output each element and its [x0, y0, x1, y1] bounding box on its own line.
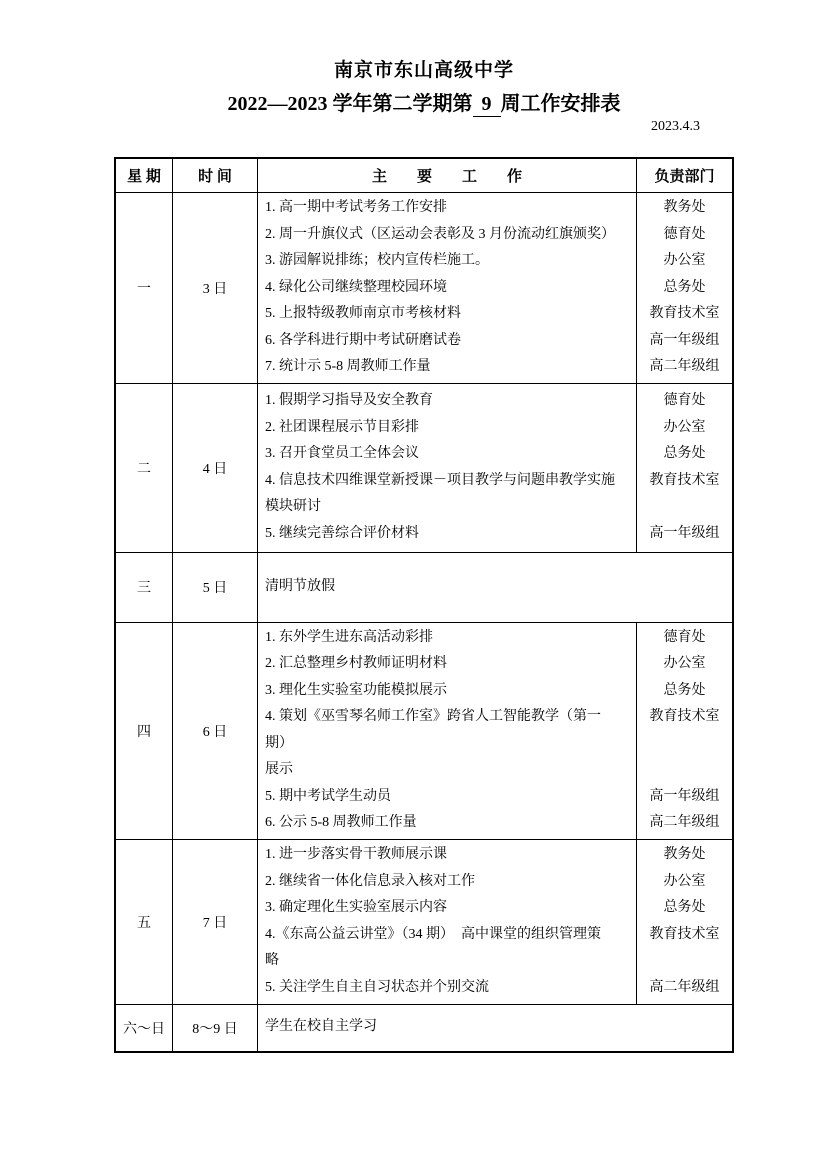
work-item-text: 清明节放假 [258, 574, 732, 601]
table-row-wednesday: 三 5 日 清明节放假 [116, 552, 732, 622]
subtitle-prefix: 2022—2023 学年第二学期第 [228, 93, 473, 115]
time-cell: 3 日 [173, 193, 258, 383]
table-row-thursday: 四 6 日 1. 东外学生进东高活动彩排 德育处 2. 汇总整理乡村教师证明材料… [116, 622, 732, 839]
work-item: 2. 汇总整理乡村教师证明材料 办公室 [258, 651, 732, 678]
work-item: 1. 假期学习指导及安全教育 德育处 [258, 388, 732, 415]
department-label: 高一年级组 [637, 784, 732, 811]
work-item-text: 3. 理化生实验室功能模拟展示 [258, 678, 637, 705]
work-item-text: 2. 社团课程展示节目彩排 [258, 415, 637, 442]
time-cell: 8～9 日 [173, 1005, 258, 1051]
header-time: 时 间 [173, 159, 258, 192]
document-subtitle: 2022—2023 学年第二学期第9周工作安排表 [114, 90, 734, 118]
work-items-cell: 1. 东外学生进东高活动彩排 德育处 2. 汇总整理乡村教师证明材料 办公室 3… [258, 623, 732, 839]
department-label: 高一年级组 [637, 521, 732, 548]
work-item-text: 4. 策划《巫雪琴名师工作室》跨省人工智能教学（第一期） 展示 [258, 704, 637, 784]
department-label: 德育处 [637, 222, 732, 249]
work-item-text: 学生在校自主学习 [258, 1014, 732, 1041]
work-item: 3. 召开食堂员工全体会议 总务处 [258, 441, 732, 468]
subtitle-suffix: 周工作安排表 [501, 93, 621, 115]
work-item-text: 4.《东高公益云讲堂》（34 期） 高中课堂的组织管理策 略 [258, 922, 637, 975]
work-item: 2. 社团课程展示节目彩排 办公室 [258, 415, 732, 442]
work-item: 4. 策划《巫雪琴名师工作室》跨省人工智能教学（第一期） 展示 教育技术室 [258, 704, 732, 784]
work-item-text: 1. 高一期中考试考务工作安排 [258, 195, 637, 222]
department-label: 高二年级组 [637, 975, 732, 1002]
department-label: 教育技术室 [637, 922, 732, 949]
department-label: 总务处 [637, 895, 732, 922]
work-item: 3. 理化生实验室功能模拟展示 总务处 [258, 678, 732, 705]
table-header-row: 星 期 时 间 主 要 工 作 负责部门 [116, 159, 732, 192]
work-item: 5. 上报特级教师南京市考核材料 教育技术室 [258, 301, 732, 328]
work-item: 3. 游园解说排练；校内宣传栏施工。 办公室 [258, 248, 732, 275]
department-label: 高二年级组 [637, 810, 732, 837]
work-item-text: 3. 游园解说排练；校内宣传栏施工。 [258, 248, 637, 275]
document-body: 南京市东山高级中学 2022—2023 学年第二学期第9周工作安排表 2023.… [114, 0, 734, 1053]
work-item: 6. 各学科进行期中考试研磨试卷 高一年级组 [258, 328, 732, 355]
table-row-monday: 一 3 日 1. 高一期中考试考务工作安排 教务处 2. 周一升旗仪式（区运动会… [116, 192, 732, 383]
work-item-text: 5. 上报特级教师南京市考核材料 [258, 301, 637, 328]
work-item-text: 6. 公示 5-8 周教师工作量 [258, 810, 637, 837]
work-item: 清明节放假 [258, 574, 732, 601]
weekday-cell: 五 [116, 840, 173, 1004]
work-item: 5. 期中考试学生动员 高一年级组 [258, 784, 732, 811]
work-item: 5. 关注学生自主自习状态并个别交流 高二年级组 [258, 975, 732, 1002]
department-label: 办公室 [637, 651, 732, 678]
work-items-cell: 清明节放假 [258, 553, 732, 622]
work-items-cell: 1. 高一期中考试考务工作安排 教务处 2. 周一升旗仪式（区运动会表彰及 3 … [258, 193, 732, 383]
table-row-weekend: 六～日 8～9 日 学生在校自主学习 [116, 1004, 732, 1051]
department-label: 办公室 [637, 248, 732, 275]
week-number: 9 [473, 92, 501, 117]
work-item: 4. 绿化公司继续整理校园环境 总务处 [258, 275, 732, 302]
work-item-text: 1. 进一步落实骨干教师展示课 [258, 842, 637, 869]
work-item: 4.《东高公益云讲堂》（34 期） 高中课堂的组织管理策 略 教育技术室 [258, 922, 732, 975]
table-row-tuesday: 二 4 日 1. 假期学习指导及安全教育 德育处 2. 社团课程展示节目彩排 办… [116, 383, 732, 552]
weekday-cell: 三 [116, 553, 173, 622]
department-label: 总务处 [637, 441, 732, 468]
work-item-text: 5. 关注学生自主自习状态并个别交流 [258, 975, 637, 1002]
document-date: 2023.4.3 [114, 118, 734, 136]
work-item: 2. 周一升旗仪式（区运动会表彰及 3 月份流动红旗颁奖） 德育处 [258, 222, 732, 249]
department-label: 总务处 [637, 275, 732, 302]
header-main-work: 主 要 工 作 [258, 159, 637, 192]
weekday-cell: 六～日 [116, 1005, 173, 1051]
department-label: 高二年级组 [637, 354, 732, 381]
work-item: 1. 进一步落实骨干教师展示课 教务处 [258, 842, 732, 869]
department-label: 办公室 [637, 869, 732, 896]
department-label: 教育技术室 [637, 704, 732, 731]
time-cell: 6 日 [173, 623, 258, 839]
time-cell: 7 日 [173, 840, 258, 1004]
weekday-cell: 二 [116, 384, 173, 552]
department-label: 教务处 [637, 842, 732, 869]
weekday-cell: 一 [116, 193, 173, 383]
weekday-cell: 四 [116, 623, 173, 839]
document-page: 南京市东山高级中学 2022—2023 学年第二学期第9周工作安排表 2023.… [0, 0, 827, 1170]
work-item: 6. 公示 5-8 周教师工作量 高二年级组 [258, 810, 732, 837]
work-item-text: 4. 信息技术四维课堂新授课－项目教学与问题串教学实施 模块研讨 [258, 468, 637, 521]
work-item: 5. 继续完善综合评价材料 高一年级组 [258, 521, 732, 548]
time-cell: 4 日 [173, 384, 258, 552]
school-title: 南京市东山高级中学 [114, 58, 734, 84]
time-cell: 5 日 [173, 553, 258, 622]
work-item-text: 5. 期中考试学生动员 [258, 784, 637, 811]
work-item: 2. 继续省一体化信息录入核对工作 办公室 [258, 869, 732, 896]
table-row-friday: 五 7 日 1. 进一步落实骨干教师展示课 教务处 2. 继续省一体化信息录入核… [116, 839, 732, 1004]
department-label: 教务处 [637, 195, 732, 222]
work-item-text: 3. 确定理化生实验室展示内容 [258, 895, 637, 922]
department-label: 德育处 [637, 388, 732, 415]
department-label: 教育技术室 [637, 301, 732, 328]
work-items-cell: 学生在校自主学习 [258, 1005, 732, 1051]
department-label: 办公室 [637, 415, 732, 442]
work-item-text: 2. 汇总整理乡村教师证明材料 [258, 651, 637, 678]
work-item-text: 6. 各学科进行期中考试研磨试卷 [258, 328, 637, 355]
work-items-cell: 1. 假期学习指导及安全教育 德育处 2. 社团课程展示节目彩排 办公室 3. … [258, 384, 732, 552]
work-item: 学生在校自主学习 [258, 1014, 732, 1041]
work-item: 1. 东外学生进东高活动彩排 德育处 [258, 625, 732, 652]
department-label: 德育处 [637, 625, 732, 652]
work-item-text: 7. 统计示 5-8 周教师工作量 [258, 354, 637, 381]
header-department: 负责部门 [637, 159, 732, 192]
work-item-text: 2. 周一升旗仪式（区运动会表彰及 3 月份流动红旗颁奖） [258, 222, 637, 249]
work-item: 7. 统计示 5-8 周教师工作量 高二年级组 [258, 354, 732, 381]
header-week: 星 期 [116, 159, 173, 192]
work-item-text: 2. 继续省一体化信息录入核对工作 [258, 869, 637, 896]
work-item-text: 5. 继续完善综合评价材料 [258, 521, 637, 548]
department-label: 总务处 [637, 678, 732, 705]
work-item-text: 3. 召开食堂员工全体会议 [258, 441, 637, 468]
work-item: 4. 信息技术四维课堂新授课－项目教学与问题串教学实施 模块研讨 教育技术室 [258, 468, 732, 521]
work-item: 1. 高一期中考试考务工作安排 教务处 [258, 195, 732, 222]
work-items-cell: 1. 进一步落实骨干教师展示课 教务处 2. 继续省一体化信息录入核对工作 办公… [258, 840, 732, 1004]
work-item-text: 1. 假期学习指导及安全教育 [258, 388, 637, 415]
work-item: 3. 确定理化生实验室展示内容 总务处 [258, 895, 732, 922]
department-label: 高一年级组 [637, 328, 732, 355]
work-item-text: 4. 绿化公司继续整理校园环境 [258, 275, 637, 302]
work-item-text: 1. 东外学生进东高活动彩排 [258, 625, 637, 652]
department-label: 教育技术室 [637, 468, 732, 495]
work-schedule-table: 星 期 时 间 主 要 工 作 负责部门 一 3 日 1. 高一期中考试考务工作… [114, 157, 734, 1053]
